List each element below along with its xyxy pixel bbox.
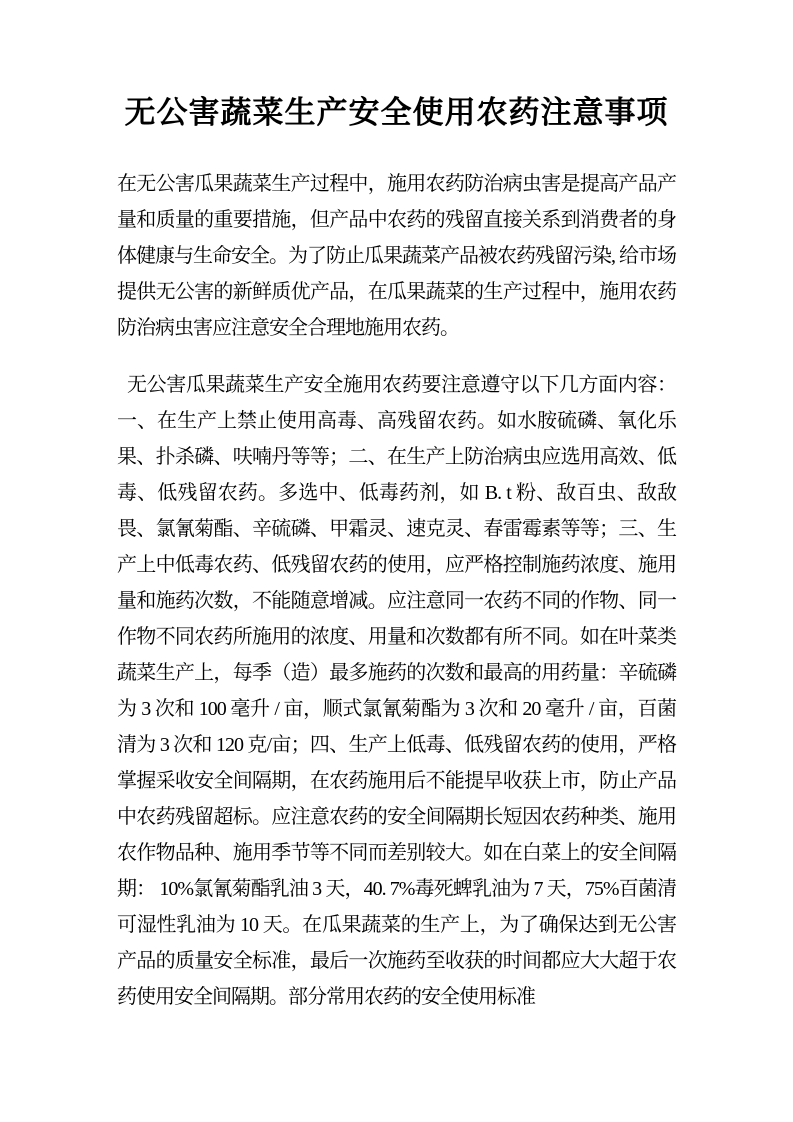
text-line: 可湿性乳油为 10 天。在瓜果蔬菜的生产上，为了确保达到无公害 [117, 907, 676, 943]
paragraph-intro: 在无公害瓜果蔬菜生产过程中，施用农药防治病虫害是提高产品产 量和质量的重要措施，… [117, 166, 676, 346]
text-line: 清为 3 次和 120 克/亩；四、生产上低毒、低残留农药的使用，严格 [117, 727, 676, 763]
text-line: 产品的质量安全标准，最后一次施药至收获的时间都应大大超于农 [117, 943, 676, 979]
text-line: 体健康与生命安全。为了防止瓜果蔬菜产品被农药残留污染, 给市场 [117, 238, 676, 274]
paragraph-guidelines: 无公害瓜果蔬菜生产安全施用农药要注意遵守以下几方面内容： 一、在生产上禁止使用高… [117, 367, 676, 1015]
text-line: 毒、低残留农药。多选中、低毒药剂，如 B. t 粉、敌百虫、敌敌 [117, 475, 676, 511]
text-line: 中农药残留超标。应注意农药的安全间隔期长短因农药种类、施用 [117, 799, 676, 835]
text-line: 蔬菜生产上，每季（造）最多施药的次数和最高的用药量：辛硫磷 [117, 655, 676, 691]
text-line: 作物不同农药所施用的浓度、用量和次数都有所不同。如在叶菜类 [117, 619, 676, 655]
text-line: 农作物品种、施用季节等不同而差别较大。如在白菜上的安全间隔 [117, 835, 676, 871]
text-line: 在无公害瓜果蔬菜生产过程中，施用农药防治病虫害是提高产品产 [117, 166, 676, 202]
text-line: 无公害瓜果蔬菜生产安全施用农药要注意遵守以下几方面内容： [117, 367, 676, 403]
text-line: 药使用安全间隔期。部分常用农药的安全使用标准 [117, 979, 676, 1015]
text-line: 一、在生产上禁止使用高毒、高残留农药。如水胺硫磷、氧化乐 [117, 403, 676, 439]
text-line: 量和质量的重要措施，但产品中农药的残留直接关系到消费者的身 [117, 202, 676, 238]
text-line: 产上中低毒农药、低残留农药的使用，应严格控制施药浓度、施用 [117, 547, 676, 583]
text-line: 提供无公害的新鲜质优产品，在瓜果蔬菜的生产过程中，施用农药 [117, 274, 676, 310]
text-line: 果、扑杀磷、呋喃丹等等；二、在生产上防治病虫应选用高效、低 [117, 439, 676, 475]
document-page: 无公害蔬菜生产安全使用农药注意事项 在无公害瓜果蔬菜生产过程中，施用农药防治病虫… [0, 0, 793, 1122]
text-line: 期： 10%氯氰菊酯乳油 3 天，40. 7%毒死蜱乳油为 7 天，75%百菌清 [117, 871, 676, 907]
text-line: 为 3 次和 100 毫升 / 亩，顺式氯氰菊酯为 3 次和 20 毫升 / 亩… [117, 691, 676, 727]
text-line: 防治病虫害应注意安全合理地施用农药。 [117, 310, 676, 346]
page-title: 无公害蔬菜生产安全使用农药注意事项 [117, 93, 676, 133]
text-line: 掌握采收安全间隔期，在农药施用后不能提早收获上市，防止产品 [117, 763, 676, 799]
text-line: 量和施药次数，不能随意增减。应注意同一农药不同的作物、同一 [117, 583, 676, 619]
text-line: 畏、氯氰菊酯、辛硫磷、甲霜灵、速克灵、春雷霉素等等；三、生 [117, 511, 676, 547]
